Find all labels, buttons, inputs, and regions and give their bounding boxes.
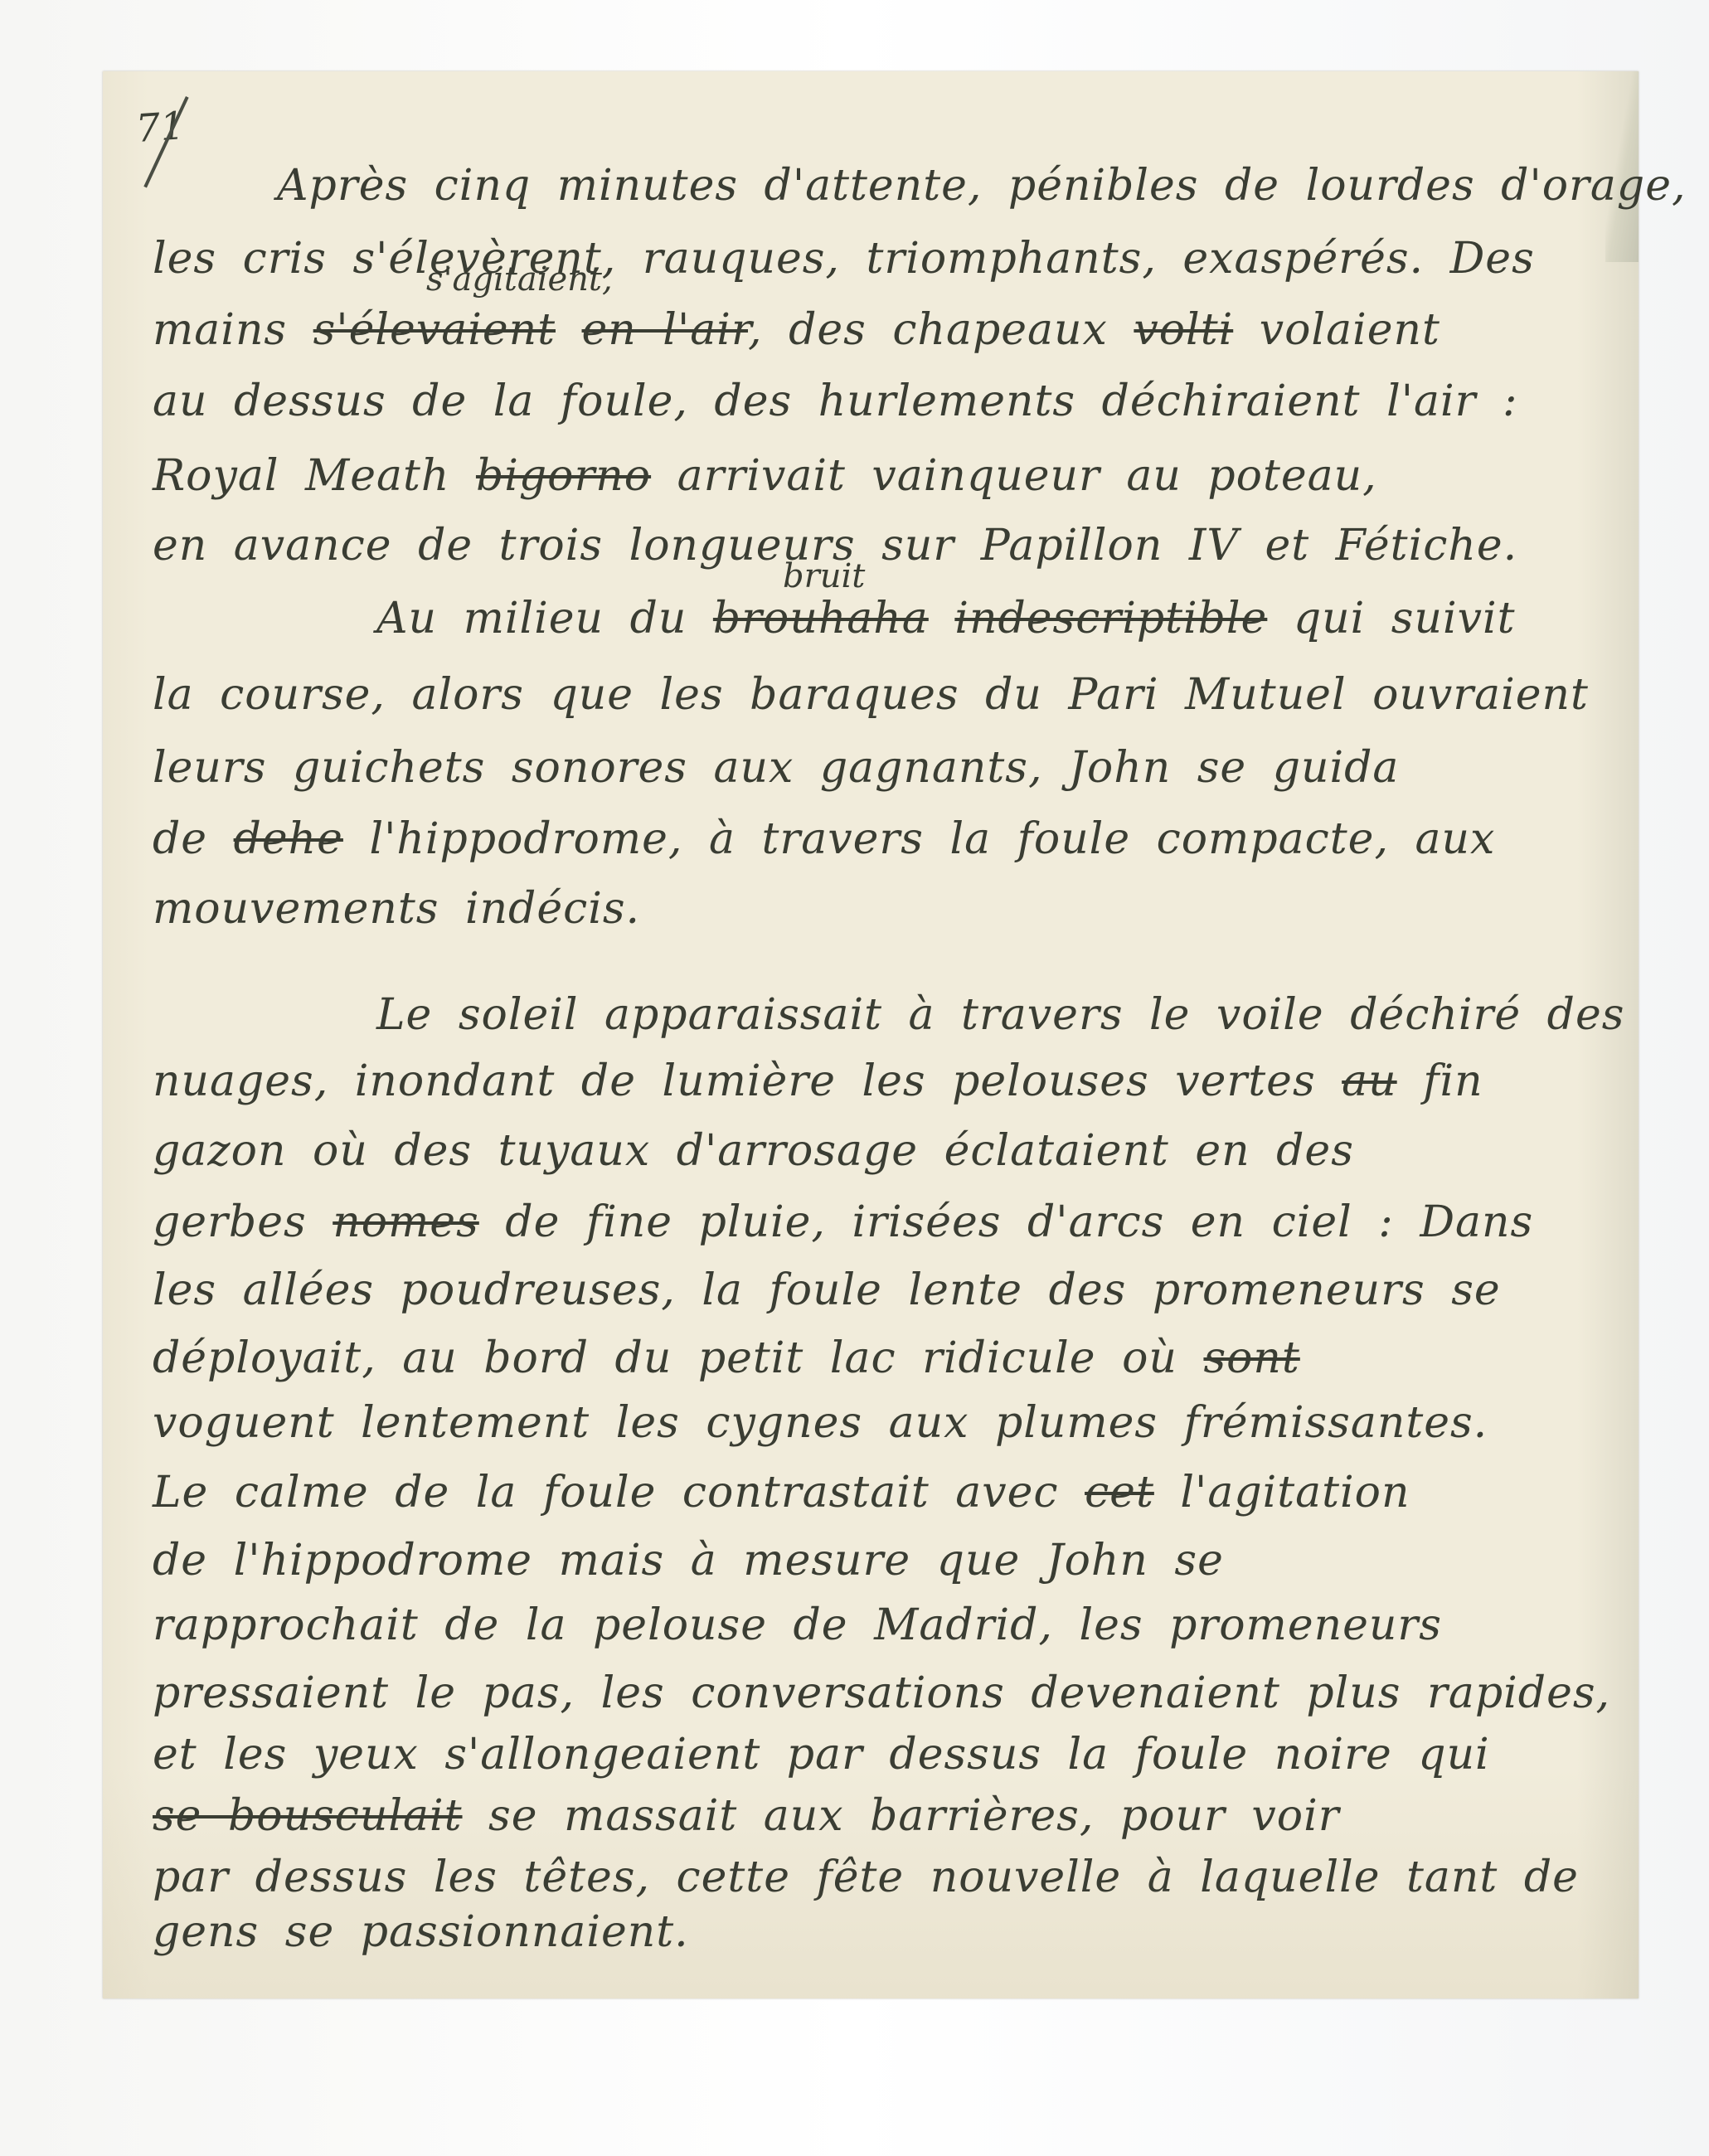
line-text: Après cinq minutes d'attente, pénibles d…: [277, 161, 1687, 211]
text-line: les allées poudreuses, la foule lente de…: [153, 1265, 1501, 1315]
text-line: leurs guichets sonores aux gagnants, Joh…: [153, 743, 1399, 793]
line-text: de: [153, 814, 234, 864]
line-text: par dessus les têtes, cette fête nouvell…: [153, 1853, 1579, 1902]
deleted-word: brouhaha: [713, 594, 929, 643]
text-line: Royal Meath bigorno arrivait vainqueur a…: [153, 451, 1377, 501]
text-line: mouvements indécis.: [153, 884, 640, 934]
line-text: [929, 594, 955, 643]
deleted-word: sont: [1203, 1333, 1299, 1383]
deleted-word: s'élevaient: [313, 305, 556, 355]
line-text: [556, 305, 582, 355]
line-text: Royal Meath: [153, 451, 476, 501]
line-text: déployait, au bord du petit lac ridicule…: [153, 1333, 1203, 1383]
text-line: gerbes nomes de fine pluie, irisées d'ar…: [153, 1197, 1533, 1247]
line-text: , des chapeaux: [748, 305, 1134, 355]
deleted-word: en l'air: [582, 305, 749, 355]
text-line: pressaient le pas, les conversations dev…: [153, 1668, 1610, 1718]
line-text: de l'hippodrome mais à mesure que John s…: [153, 1536, 1224, 1585]
interlinear-insertion: s'agitaient,: [426, 260, 613, 299]
line-text: mouvements indécis.: [153, 884, 640, 934]
deleted-word: volti: [1134, 305, 1233, 355]
line-text: mains: [153, 305, 313, 355]
text-line: nuages, inondant de lumière les pelouses…: [153, 1056, 1483, 1106]
line-text: de fine pluie, irisées d'arcs en ciel : …: [479, 1197, 1533, 1247]
line-text: les allées poudreuses, la foule lente de…: [153, 1265, 1501, 1315]
line-text: gerbes: [153, 1197, 333, 1247]
line-text: au dessus de la foule, des hurlements dé…: [153, 376, 1518, 426]
line-text: rapprochait de la pelouse de Madrid, les…: [153, 1600, 1442, 1650]
deleted-word: se bousculait: [153, 1791, 463, 1841]
interlinear-insertion: bruit: [783, 557, 865, 595]
line-text: l'hippodrome, à travers la foule compact…: [343, 814, 1495, 864]
scan-background: 71 Après cinq minutes d'attente, pénible…: [0, 0, 1709, 2156]
text-line: rapprochait de la pelouse de Madrid, les…: [153, 1600, 1442, 1650]
text-line: mains s'élevaient en l'air, des chapeaux…: [153, 305, 1440, 355]
line-text: la course, alors que les baraques du Par…: [153, 670, 1589, 720]
text-line: gens se passionnaient.: [153, 1907, 689, 1957]
deleted-word: nomes: [333, 1197, 479, 1247]
text-line: déployait, au bord du petit lac ridicule…: [153, 1333, 1300, 1383]
text-line: voguent lentement les cygnes aux plumes …: [153, 1398, 1488, 1448]
line-text: volaient: [1233, 305, 1440, 355]
line-text: nuages, inondant de lumière les pelouses…: [153, 1056, 1342, 1106]
deleted-word: indescriptible: [954, 594, 1267, 643]
line-text: et les yeux s'allongeaient par dessus la…: [153, 1730, 1490, 1780]
text-line: au dessus de la foule, des hurlements dé…: [153, 376, 1518, 426]
line-text: Au milieu du: [376, 594, 713, 643]
line-text: leurs guichets sonores aux gagnants, Joh…: [153, 743, 1399, 793]
manuscript-sheet: 71 Après cinq minutes d'attente, pénible…: [103, 71, 1639, 1998]
text-line: Au milieu du brouhaha indescriptible qui…: [153, 594, 1516, 643]
line-text: se massait aux barrières, pour voir: [463, 1791, 1340, 1841]
line-text: voguent lentement les cygnes aux plumes …: [153, 1398, 1488, 1448]
text-line: se bousculait se massait aux barrières, …: [153, 1791, 1340, 1841]
text-line: et les yeux s'allongeaient par dessus la…: [153, 1730, 1490, 1780]
line-text: pressaient le pas, les conversations dev…: [153, 1668, 1610, 1718]
deleted-word: bigorno: [476, 451, 651, 501]
deleted-word: dehe: [234, 814, 343, 864]
text-line: la course, alors que les baraques du Par…: [153, 670, 1589, 720]
line-text: gazon où des tuyaux d'arrosage éclataien…: [153, 1126, 1354, 1176]
text-line: les cris s'élevèrent, rauques, triomphan…: [153, 234, 1535, 284]
deleted-word: au: [1342, 1056, 1397, 1106]
text-line: de l'hippodrome mais à mesure que John s…: [153, 1536, 1224, 1585]
line-text: Le soleil apparaissait à travers le voil…: [376, 990, 1624, 1040]
text-line: par dessus les têtes, cette fête nouvell…: [153, 1853, 1579, 1902]
line-text: Le calme de la foule contrastait avec: [153, 1468, 1085, 1517]
text-line: Après cinq minutes d'attente, pénibles d…: [153, 161, 1687, 211]
line-text: arrivait vainqueur au poteau,: [651, 451, 1377, 501]
line-text: gens se passionnaient.: [153, 1907, 689, 1957]
text-line: Le calme de la foule contrastait avec ce…: [153, 1468, 1410, 1517]
deleted-word: cet: [1085, 1468, 1154, 1517]
text-line: de dehe l'hippodrome, à travers la foule…: [153, 814, 1495, 864]
line-text: les cris s'élevèrent, rauques, triomphan…: [153, 234, 1535, 284]
line-text: fin: [1397, 1056, 1483, 1106]
text-line: gazon où des tuyaux d'arrosage éclataien…: [153, 1126, 1354, 1176]
line-text: qui suivit: [1267, 594, 1515, 643]
line-text: l'agitation: [1154, 1468, 1410, 1517]
text-line: Le soleil apparaissait à travers le voil…: [153, 990, 1624, 1040]
